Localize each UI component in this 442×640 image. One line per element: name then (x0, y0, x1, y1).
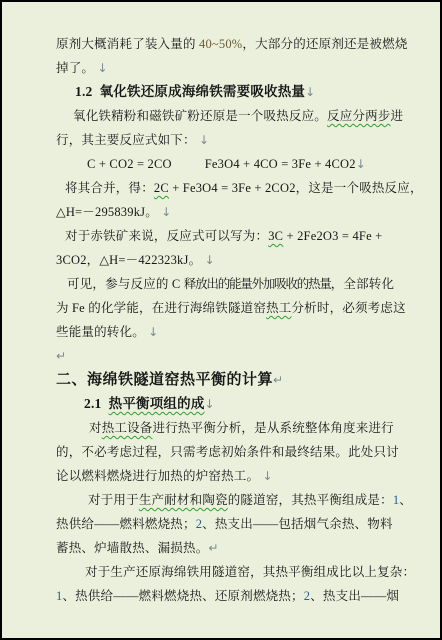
text-segment: 对于用于 (88, 493, 139, 507)
text-line: 热供给——燃料燃烧热；2、热支出——包括烟气余热、物料 (56, 512, 390, 536)
text-line: 可见，参与反应的 C 释放出的能量外加吸收的热量，全部转化 (56, 272, 390, 296)
text-line: 掉了。 ↓ (56, 56, 390, 80)
text-segment: 、热供给——燃料燃烧热、还原剂燃烧热； (62, 589, 303, 603)
paragraph-mark-icon: ↓ (97, 61, 107, 75)
text-line: 的，不必考虑过程，只需考虑初始条件和最终结果。此处只讨 (56, 440, 390, 464)
text-segment: 热工 (266, 301, 291, 315)
text-line: 对热工设备进行热平衡分析，是从系统整体角度来进行 (56, 416, 390, 440)
text-line: 1、热供给——燃料燃烧热、还原剂燃烧热；2、热支出——烟 (56, 584, 390, 608)
text-segment: 为 Fe 的化学能，在进行海绵铁隧道窑 (56, 301, 266, 315)
text-line: 蓄热、炉墙散热、漏损热。↵ (56, 536, 390, 560)
text-segment: 3C (268, 229, 283, 243)
text-segment: 热供给——燃料燃烧热； (56, 517, 196, 531)
paragraph-mark-icon: ↓ (356, 157, 366, 171)
text-segment: 的隧道窑，其热平衡组成是： (228, 493, 393, 507)
text-line: 论以燃料燃烧进行加热的炉窑热工。 ↓ (56, 464, 390, 488)
text-line: 二、海绵铁隧道窑热平衡的计算↵ (56, 368, 390, 392)
text-segment: 行，其主要反应式如下： (56, 133, 199, 147)
paragraph-mark-icon: ↓ (205, 253, 215, 267)
text-segment: 1.2 氧化铁还原成海绵铁需要吸收热量 (75, 84, 305, 99)
text-line: 原剂大概消耗了装入量的 40~50%，大部分的还原剂还是被燃烧 (56, 32, 390, 56)
text-segment: 的，不必考虑过程，只需考虑初始条件和最终结果。此处只讨 (56, 445, 399, 459)
text-segment: 40~50% (199, 37, 242, 51)
paragraph-mark-icon: ↓ (199, 133, 209, 147)
text-segment: 掉了。 (56, 61, 97, 75)
text-line: 对于用于生产耐材和陶瓷的隧道窑，其热平衡组成是：1、 (56, 488, 390, 512)
text-segment: 2C (154, 181, 169, 195)
text-segment: 对于生产还原海绵铁用隧道窑，其热平衡组成比以上复杂： (85, 565, 415, 579)
text-segment: 3CO2，△H=－422323kJ。 (56, 253, 205, 267)
text-segment: 生产耐材和陶瓷 (139, 493, 228, 507)
text-line: C + CO2 = 2COFe3O4 + 4CO = 3Fe + 4CO2↓ (56, 152, 390, 176)
text-line: 为 Fe 的化学能，在进行海绵铁隧道窑热工分析时，必须考虑这 (56, 296, 390, 320)
paragraph-mark-icon: ↓ (205, 397, 215, 411)
text-segment: 进 (391, 109, 404, 123)
text-segment: 2.1 (84, 396, 109, 411)
paragraph-mark-icon: ↓ (161, 205, 171, 219)
text-segment: 二、海绵铁隧道窑热平衡的计算 (56, 372, 273, 388)
text-line: 将其合并，得：2C + Fe3O4 = 3Fe + 2CO2，这是一个吸热反应， (56, 176, 390, 200)
paragraph-mark-icon: ↓ (263, 469, 273, 483)
app-root: { "document": { "page_background": "#eaf… (0, 0, 442, 640)
text-segment: 、 (399, 493, 412, 507)
text-segment: 热工设备 (102, 421, 153, 435)
text-line: 对于赤铁矿来说，反应式可以写为：3C + 2Fe2O3 = 4Fe + (56, 224, 390, 248)
text-line: 1.2 氧化铁还原成海绵铁需要吸收热量↓ (56, 80, 390, 104)
text-segment: 原剂大概消耗了装入量的 (56, 37, 199, 51)
text-line: 3CO2，△H=－422323kJ。 ↓ (56, 248, 390, 272)
text-line: ↵ (56, 344, 390, 368)
text-segment: 对于赤铁矿来说，反应式可以写为： (65, 229, 268, 243)
text-segment: △H=－295839kJ。 (56, 205, 161, 219)
text-segment: ，全部转化 (331, 277, 395, 291)
paragraph-mark-icon: ↓ (305, 85, 315, 99)
text-line: 行，其主要反应式如下： ↓ (56, 128, 390, 152)
text-segment: 氧化铁精粉和磁铁矿粉还原是一个吸热反应。 (73, 109, 327, 123)
paragraph-mark-icon: ↵ (56, 349, 66, 363)
text-line: 氧化铁精粉和磁铁矿粉还原是一个吸热反应。反应分两步进 (56, 104, 390, 128)
document-page: 原剂大概消耗了装入量的 40~50%，大部分的还原剂还是被燃烧掉了。 ↓1.2 … (0, 0, 442, 640)
text-segment: 反应分两步 (327, 109, 391, 123)
text-line: 些能量的转化。 ↓ (56, 320, 390, 344)
text-segment: 对 (89, 421, 102, 435)
text-segment: 、热支出——烟 (310, 589, 399, 603)
text-segment: 将其合并，得： (65, 181, 154, 195)
text-segment: 论以燃料燃烧进行加热的炉窑热工。 (56, 469, 263, 483)
text-segment: 些能量的转化。 (56, 325, 148, 339)
text-segment: 可见，参与反应的 C (67, 277, 184, 291)
text-segment: 蓄热、炉墙散热、漏损热。 (56, 541, 208, 555)
text-segment: Fe3O4 + 4CO = 3Fe + 4CO2 (205, 157, 356, 171)
text-segment: 、热支出——包括烟气余热、物料 (202, 517, 393, 531)
text-segment: C + CO2 = 2CO (87, 157, 172, 171)
text-segment: 释放出的能量外加吸收的热量 (184, 277, 331, 291)
text-segment: ，大部分的还原剂还是被燃烧 (242, 37, 407, 51)
text-segment: + Fe3O4 = 3Fe + 2CO2，这是一个吸热反应， (169, 181, 423, 195)
text-line: 2.1 热平衡项组的成↓ (56, 392, 390, 416)
text-line: △H=－295839kJ。 ↓ (56, 200, 390, 224)
text-line: 对于生产还原海绵铁用隧道窑，其热平衡组成比以上复杂： (56, 560, 390, 584)
paragraph-mark-icon: ↓ (148, 325, 158, 339)
text-segment: 分析时，必须考虑这 (291, 301, 405, 315)
text-segment: + 2Fe2O3 = 4Fe + (283, 229, 382, 243)
paragraph-mark-icon: ↵ (273, 373, 283, 387)
text-segment: 热平衡项组的成 (109, 396, 205, 411)
paragraph-mark-icon: ↵ (208, 541, 218, 555)
text-segment: 进行热平衡分析，是从系统整体角度来进行 (153, 421, 394, 435)
